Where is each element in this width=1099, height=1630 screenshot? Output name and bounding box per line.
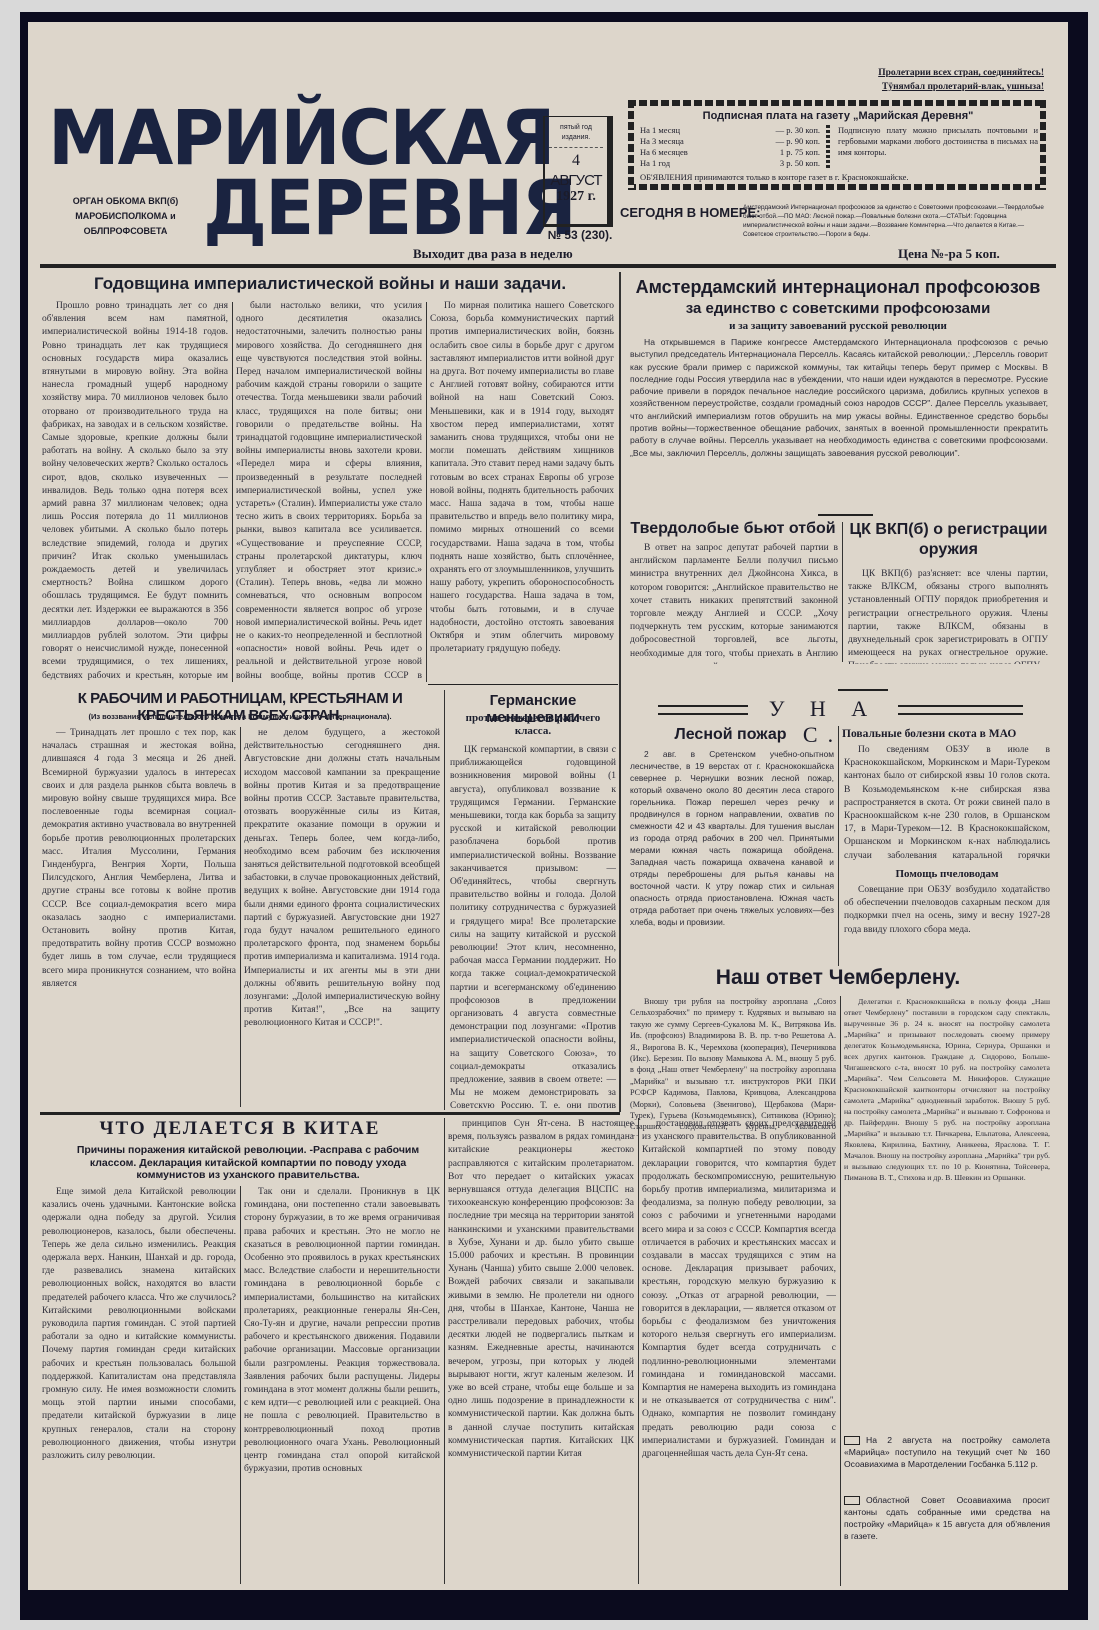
cattle-text: По сведениям ОБЗУ в июле в Краснококшайс… xyxy=(844,744,1050,866)
slogan-mari: Тӱнямбал пролетарий-влак, ушныза! xyxy=(882,82,1044,92)
column-rule xyxy=(838,726,839,966)
ornament-border xyxy=(628,100,634,190)
rubric-rule xyxy=(658,705,748,715)
date-box: пятый год издания. 4 АВГУСТ 1927 г. xyxy=(543,116,613,227)
fund-notice-1: На 2 августа на постройку самолета «Мари… xyxy=(844,1434,1050,1470)
registration-text: ЦК ВКП(б) раз'ясняет: все члены партии, … xyxy=(848,568,1048,664)
year-label: пятый год издания. xyxy=(545,123,607,143)
column-rule xyxy=(444,1118,445,1584)
fire-text: 2 авг. в Сретенском учебно-опытном лесни… xyxy=(630,748,834,966)
divider xyxy=(40,1112,620,1115)
subscription-note: Подписную плату можно присылать почтовым… xyxy=(838,125,1038,158)
column-rule xyxy=(232,302,233,682)
amsterdam-subtitle: за единство с советскими профсоюзами xyxy=(628,300,1048,317)
appeal-col-1: — Тринадцать лет прошло с тех пор, как н… xyxy=(42,727,236,1107)
divider xyxy=(428,684,618,685)
ornament-border xyxy=(628,184,1046,190)
column-rule xyxy=(619,272,621,1112)
organ-line: МАРОБИСПОЛКОМА и xyxy=(58,209,193,224)
column-rule xyxy=(426,302,427,682)
rubric-rule xyxy=(898,705,1023,715)
fire-title: Лесной пожар xyxy=(628,726,833,744)
slogan-ru: Пролетарии всех стран, соединяйтесь! xyxy=(878,68,1044,78)
notice-marker-icon xyxy=(844,1436,860,1445)
organ-block: ОРГАН ОБКОМА ВКП(б) МАРОБИСПОЛКОМА и ОБЛ… xyxy=(58,194,193,239)
anniversary-title: Годовщина империалистической войны и наш… xyxy=(40,274,620,294)
china-subtitle: Причины поражения китайской революции. -… xyxy=(58,1144,438,1182)
anniversary-col-3: По мирная политика нашего Советского Сою… xyxy=(430,300,614,684)
china-col-4: постановил отозвать своих представителей… xyxy=(642,1118,836,1584)
issue-day: 4 xyxy=(545,152,607,170)
column-rule xyxy=(842,522,843,662)
column-rule xyxy=(840,996,841,1586)
amsterdam-title: Амстердамский интернационал профсоюзов xyxy=(628,277,1048,298)
organ-line: ОРГАН ОБКОМА ВКП(б) xyxy=(58,194,193,209)
china-col-1: Еще зимой дела Китайской революции казал… xyxy=(42,1186,236,1584)
anniversary-col-1: Прошло ровно тринадцать лет со дня об'яв… xyxy=(42,300,228,684)
year-label-line: пятый год xyxy=(545,123,607,133)
amsterdam-text: На открывшемся в Париже конгрессе Амстер… xyxy=(630,336,1048,486)
divider xyxy=(838,689,888,691)
china-title: ЧТО ДЕЛАЕТСЯ В КИТАЕ xyxy=(40,1118,440,1140)
rate-row: На 1 месяц— р. 30 коп. xyxy=(640,125,820,136)
year-label-line: издания. xyxy=(545,133,607,143)
ads-note: ОБ'ЯВЛЕНИЯ принимаются только в конторе … xyxy=(640,172,1040,182)
amsterdam-subtitle-2: и за защиту завоеваний русской революции xyxy=(628,320,1048,332)
rate-row: На 3 месяца— р. 90 коп. xyxy=(640,136,820,147)
issue-number: № 53 (230). xyxy=(540,228,620,242)
today-contents: Амстердамский Интернационал профсоюзов з… xyxy=(743,203,1048,239)
column-rule xyxy=(638,1118,639,1584)
rate-row: На 6 месяцев1 р. 75 коп. xyxy=(640,147,820,158)
hardliners-text: В ответ на запрос депутат рабочей партии… xyxy=(630,542,838,664)
german-subtitle: против интересов рабочего класса. xyxy=(448,712,618,738)
newspaper-page: МАРИЙСКАЯ ДЕРЕВНЯ ОРГАН ОБКОМА ВКП(б) МА… xyxy=(28,22,1068,1590)
hardliners-title: Твердолобые бьют отбой xyxy=(628,520,838,538)
today-label: СЕГОДНЯ В НОМЕРЕ: xyxy=(620,205,760,220)
title-line-2: ДЕРЕВНЯ xyxy=(203,170,575,246)
ornament-border xyxy=(1040,100,1046,190)
frequency: Выходит два раза в неделю xyxy=(413,246,573,262)
rate-row: На 1 год3 р. 50 коп. xyxy=(640,158,820,169)
cattle-title: Повальные болезни скота в МАО xyxy=(842,728,1052,740)
fund-notice-2: Областной Совет Осоавиахима просит канто… xyxy=(844,1494,1050,1542)
issue-year: 1927 г. xyxy=(545,189,607,205)
column-rule xyxy=(240,1186,241,1584)
notice-marker-icon xyxy=(844,1496,860,1505)
masthead-rule xyxy=(40,264,1056,268)
appeal-col-2: не делом будущего, а жестокой действител… xyxy=(244,727,440,1107)
ornament-divider xyxy=(826,125,830,169)
ornament-border xyxy=(628,100,1046,106)
appeal-subtitle: (Из воззвания Исполнительного Комитета К… xyxy=(40,712,440,721)
anniversary-col-2: были настолько велики, что усилия одного… xyxy=(236,300,422,684)
china-col-2: Так они и сделали. Проникнув в ЦК гоминд… xyxy=(244,1186,440,1584)
german-text: ЦК германской компартии, в связи с прибл… xyxy=(450,744,616,1108)
registration-title: ЦК ВКП(б) о регистрации оружия xyxy=(846,520,1051,560)
chamberlain-col-1: Вношу три рубля на постройку аэроплана „… xyxy=(630,996,836,1136)
bees-title: Помощь пчеловодам xyxy=(842,868,1052,880)
bees-text: Совещание при ОБЗУ возбудило ходатайство… xyxy=(844,884,1050,964)
chamberlain-title: Наш ответ Чемберлену. xyxy=(628,966,1048,990)
price: Цена №-ра 5 коп. xyxy=(898,246,1000,262)
organ-line: ОБЛПРОФСОВЕТА xyxy=(58,224,193,239)
divider xyxy=(818,514,873,516)
subscription-title: Подписная плата на газету „Марийская Дер… xyxy=(638,110,1038,122)
subscription-rates: На 1 месяц— р. 30 коп. На 3 месяца— р. 9… xyxy=(640,125,820,169)
column-rule xyxy=(240,727,241,1107)
chamberlain-col-2: Делегатки г. Краснококшайска в пользу фо… xyxy=(844,996,1050,1428)
column-rule xyxy=(444,690,445,1110)
china-col-3: принципов Сун Ят-сена. В настоящее время… xyxy=(448,1118,634,1584)
issue-month: АВГУСТ xyxy=(545,172,607,189)
